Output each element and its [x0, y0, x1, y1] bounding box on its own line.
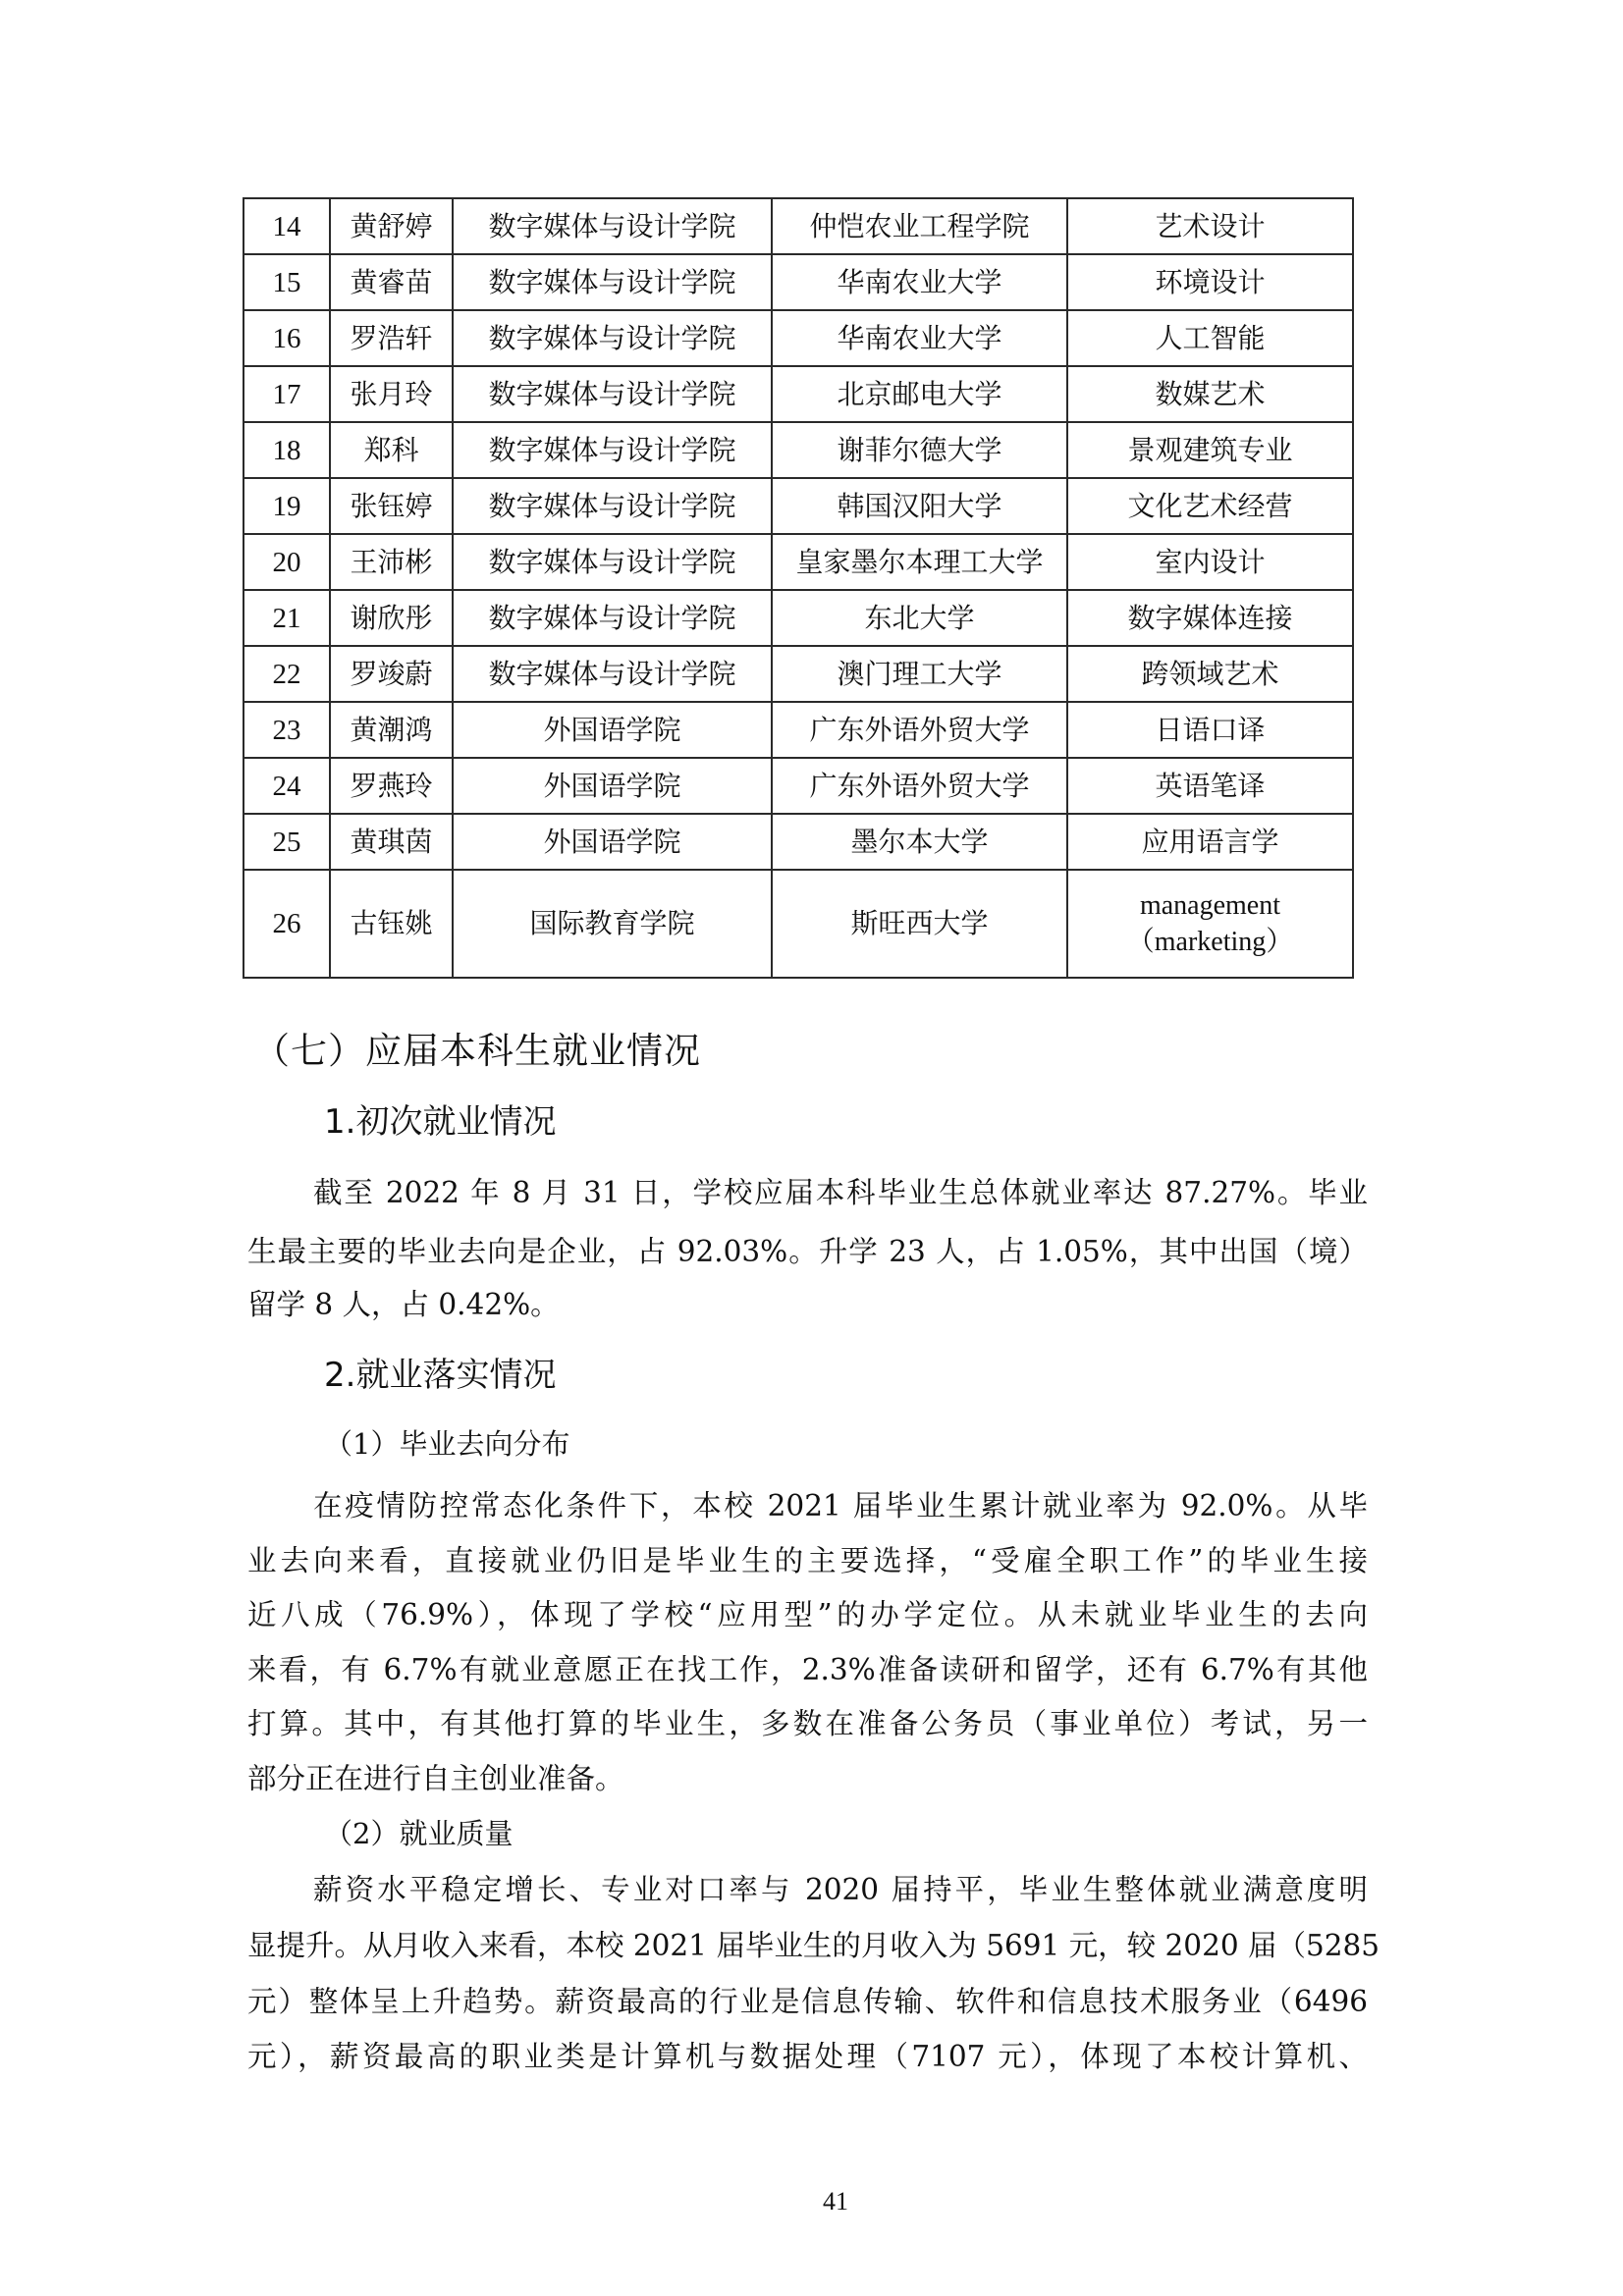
student-name: 罗竣蔚: [330, 646, 453, 702]
page-number: 41: [811, 2187, 860, 2216]
college: 外国语学院: [453, 702, 772, 758]
row-number: 21: [243, 590, 330, 646]
paragraph-line: 元），薪资最高的职业类是计算机与数据处理（7107 元），体现了本校计算机、: [247, 2037, 1368, 2076]
student-name: 黄睿苗: [330, 254, 453, 310]
row-number: 23: [243, 702, 330, 758]
major: 数媒艺术: [1067, 366, 1353, 422]
major-line-2: （marketing）: [1068, 924, 1352, 960]
university: 广东外语外贸大学: [772, 758, 1067, 814]
row-number: 20: [243, 534, 330, 590]
major: 跨领域艺术: [1067, 646, 1353, 702]
row-number: 25: [243, 814, 330, 870]
table-row: 25 黄琪茵 外国语学院 墨尔本大学 应用语言学: [243, 814, 1353, 870]
paragraph-line: 打算。其中，有其他打算的毕业生，多数在准备公务员（事业单位）考试，另一: [247, 1704, 1368, 1743]
table-row: 22 罗竣蔚 数字媒体与设计学院 澳门理工大学 跨领域艺术: [243, 646, 1353, 702]
student-name: 黄潮鸿: [330, 702, 453, 758]
paragraph-line: 生最主要的毕业去向是企业，占 92.03%。升学 23 人，占 1.05%，其中…: [247, 1232, 1368, 1271]
part-heading-destination: （1）毕业去向分布: [324, 1424, 569, 1464]
major: 英语笔译: [1067, 758, 1353, 814]
row-number: 15: [243, 254, 330, 310]
table-row: 14 黄舒婷 数字媒体与设计学院 仲恺农业工程学院 艺术设计: [243, 198, 1353, 254]
major: 日语口译: [1067, 702, 1353, 758]
college: 数字媒体与设计学院: [453, 366, 772, 422]
major: management （marketing）: [1067, 870, 1353, 978]
row-number: 22: [243, 646, 330, 702]
student-name: 黄琪茵: [330, 814, 453, 870]
table-row: 15 黄睿苗 数字媒体与设计学院 华南农业大学 环境设计: [243, 254, 1353, 310]
student-name: 张钰婷: [330, 478, 453, 534]
college: 外国语学院: [453, 814, 772, 870]
college: 数字媒体与设计学院: [453, 590, 772, 646]
college: 数字媒体与设计学院: [453, 646, 772, 702]
paragraph-line: 薪资水平稳定增长、专业对口率与 2020 届持平，毕业生整体就业满意度明: [313, 1870, 1368, 1909]
table-row: 18 郑科 数字媒体与设计学院 谢菲尔德大学 景观建筑专业: [243, 422, 1353, 478]
college: 国际教育学院: [453, 870, 772, 978]
major: 景观建筑专业: [1067, 422, 1353, 478]
section-heading: （七）应届本科生就业情况: [253, 1028, 701, 1075]
table-row: 23 黄潮鸿 外国语学院 广东外语外贸大学 日语口译: [243, 702, 1353, 758]
row-number: 24: [243, 758, 330, 814]
university: 斯旺西大学: [772, 870, 1067, 978]
college: 数字媒体与设计学院: [453, 254, 772, 310]
student-name: 谢欣彤: [330, 590, 453, 646]
major: 应用语言学: [1067, 814, 1353, 870]
university: 皇家墨尔本理工大学: [772, 534, 1067, 590]
study-abroad-table: 14 黄舒婷 数字媒体与设计学院 仲恺农业工程学院 艺术设计 15 黄睿苗 数字…: [243, 197, 1354, 979]
college: 数字媒体与设计学院: [453, 310, 772, 366]
student-name: 罗浩轩: [330, 310, 453, 366]
university: 北京邮电大学: [772, 366, 1067, 422]
student-name: 王沛彬: [330, 534, 453, 590]
major: 室内设计: [1067, 534, 1353, 590]
table-row: 17 张月玲 数字媒体与设计学院 北京邮电大学 数媒艺术: [243, 366, 1353, 422]
college: 数字媒体与设计学院: [453, 534, 772, 590]
row-number: 14: [243, 198, 330, 254]
row-number: 18: [243, 422, 330, 478]
university: 韩国汉阳大学: [772, 478, 1067, 534]
table-row: 16 罗浩轩 数字媒体与设计学院 华南农业大学 人工智能: [243, 310, 1353, 366]
major: 人工智能: [1067, 310, 1353, 366]
subsection-heading-initial-employment: 1.初次就业情况: [324, 1100, 556, 1144]
college: 数字媒体与设计学院: [453, 422, 772, 478]
student-name: 古钰姚: [330, 870, 453, 978]
student-name: 郑科: [330, 422, 453, 478]
major: 艺术设计: [1067, 198, 1353, 254]
paragraph-line: 来看，有 6.7%有就业意愿正在找工作，2.3%准备读研和留学，还有 6.7%有…: [247, 1650, 1368, 1689]
row-number: 17: [243, 366, 330, 422]
major: 数字媒体连接: [1067, 590, 1353, 646]
paragraph-line: 部分正在进行自主创业准备。: [247, 1759, 1368, 1798]
student-name: 张月玲: [330, 366, 453, 422]
major: 环境设计: [1067, 254, 1353, 310]
document-page: 14 黄舒婷 数字媒体与设计学院 仲恺农业工程学院 艺术设计 15 黄睿苗 数字…: [0, 0, 1623, 2296]
table-row: 20 王沛彬 数字媒体与设计学院 皇家墨尔本理工大学 室内设计: [243, 534, 1353, 590]
part-heading-quality: （2）就业质量: [324, 1814, 513, 1853]
row-number: 16: [243, 310, 330, 366]
major: 文化艺术经营: [1067, 478, 1353, 534]
university: 东北大学: [772, 590, 1067, 646]
college: 数字媒体与设计学院: [453, 478, 772, 534]
university: 墨尔本大学: [772, 814, 1067, 870]
subsection-heading-employment-status: 2.就业落实情况: [324, 1354, 556, 1397]
table-row: 24 罗燕玲 外国语学院 广东外语外贸大学 英语笔译: [243, 758, 1353, 814]
table-row: 19 张钰婷 数字媒体与设计学院 韩国汉阳大学 文化艺术经营: [243, 478, 1353, 534]
college: 外国语学院: [453, 758, 772, 814]
table-row: 21 谢欣彤 数字媒体与设计学院 东北大学 数字媒体连接: [243, 590, 1353, 646]
paragraph-line: 留学 8 人，占 0.42%。: [247, 1285, 1368, 1324]
row-number: 19: [243, 478, 330, 534]
paragraph-line: 元）整体呈上升趋势。薪资最高的行业是信息传输、软件和信息技术服务业（6496: [247, 1982, 1368, 2021]
university: 澳门理工大学: [772, 646, 1067, 702]
college: 数字媒体与设计学院: [453, 198, 772, 254]
university: 华南农业大学: [772, 254, 1067, 310]
university: 仲恺农业工程学院: [772, 198, 1067, 254]
student-name: 罗燕玲: [330, 758, 453, 814]
paragraph-line: 近八成（76.9%），体现了学校“应用型”的办学定位。从未就业毕业生的去向: [247, 1595, 1368, 1634]
university: 广东外语外贸大学: [772, 702, 1067, 758]
paragraph-line: 截至 2022 年 8 月 31 日，学校应届本科毕业生总体就业率达 87.27…: [313, 1173, 1368, 1212]
university: 谢菲尔德大学: [772, 422, 1067, 478]
paragraph-line: 显提升。从月收入来看，本校 2021 届毕业生的月收入为 5691 元，较 20…: [247, 1926, 1368, 1965]
university: 华南农业大学: [772, 310, 1067, 366]
student-name: 黄舒婷: [330, 198, 453, 254]
major-line-1: management: [1068, 887, 1352, 924]
paragraph-line: 业去向来看，直接就业仍旧是毕业生的主要选择，“受雇全职工作”的毕业生接: [247, 1541, 1368, 1580]
row-number: 26: [243, 870, 330, 978]
table-row: 26 古钰姚 国际教育学院 斯旺西大学 management （marketin…: [243, 870, 1353, 978]
paragraph-line: 在疫情防控常态化条件下，本校 2021 届毕业生累计就业率为 92.0%。从毕: [313, 1486, 1368, 1525]
